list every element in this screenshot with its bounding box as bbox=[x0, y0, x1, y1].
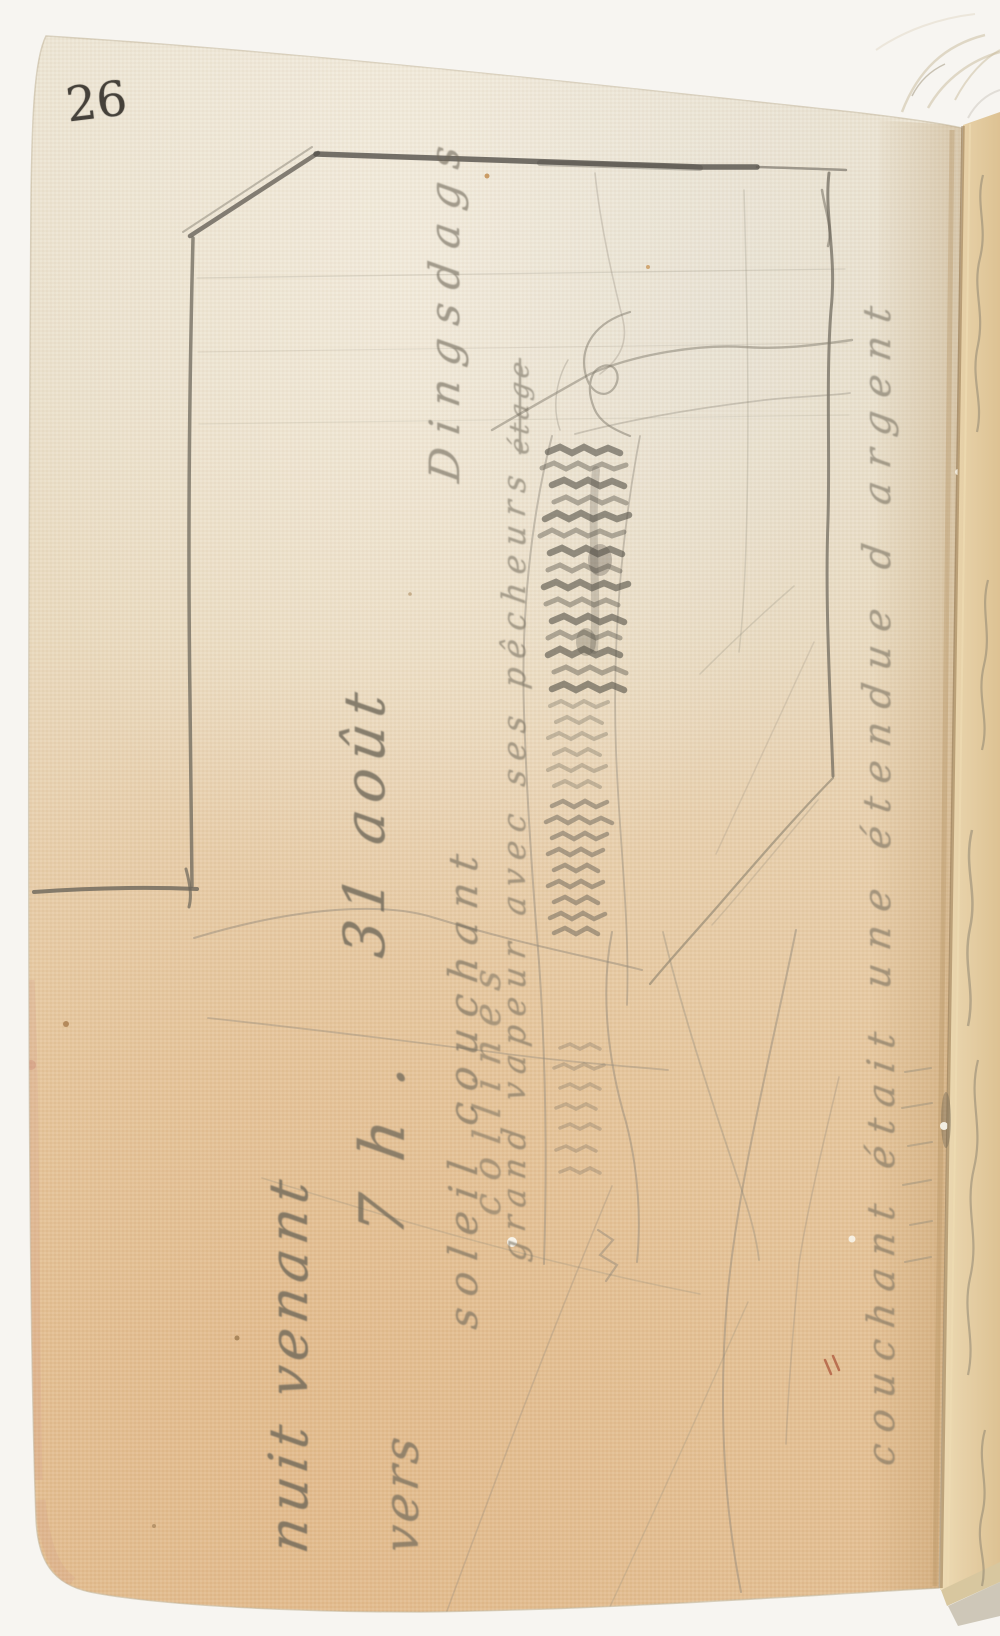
notebook-page bbox=[0, 0, 1000, 1636]
scan-backdrop: 26 nuit venant vers 7 h . 31 août soleil… bbox=[0, 0, 1000, 1636]
linen-weave-horizontal bbox=[0, 0, 1000, 1636]
sketch-svg bbox=[0, 0, 1000, 1636]
binding-fibers bbox=[876, 14, 1000, 112]
